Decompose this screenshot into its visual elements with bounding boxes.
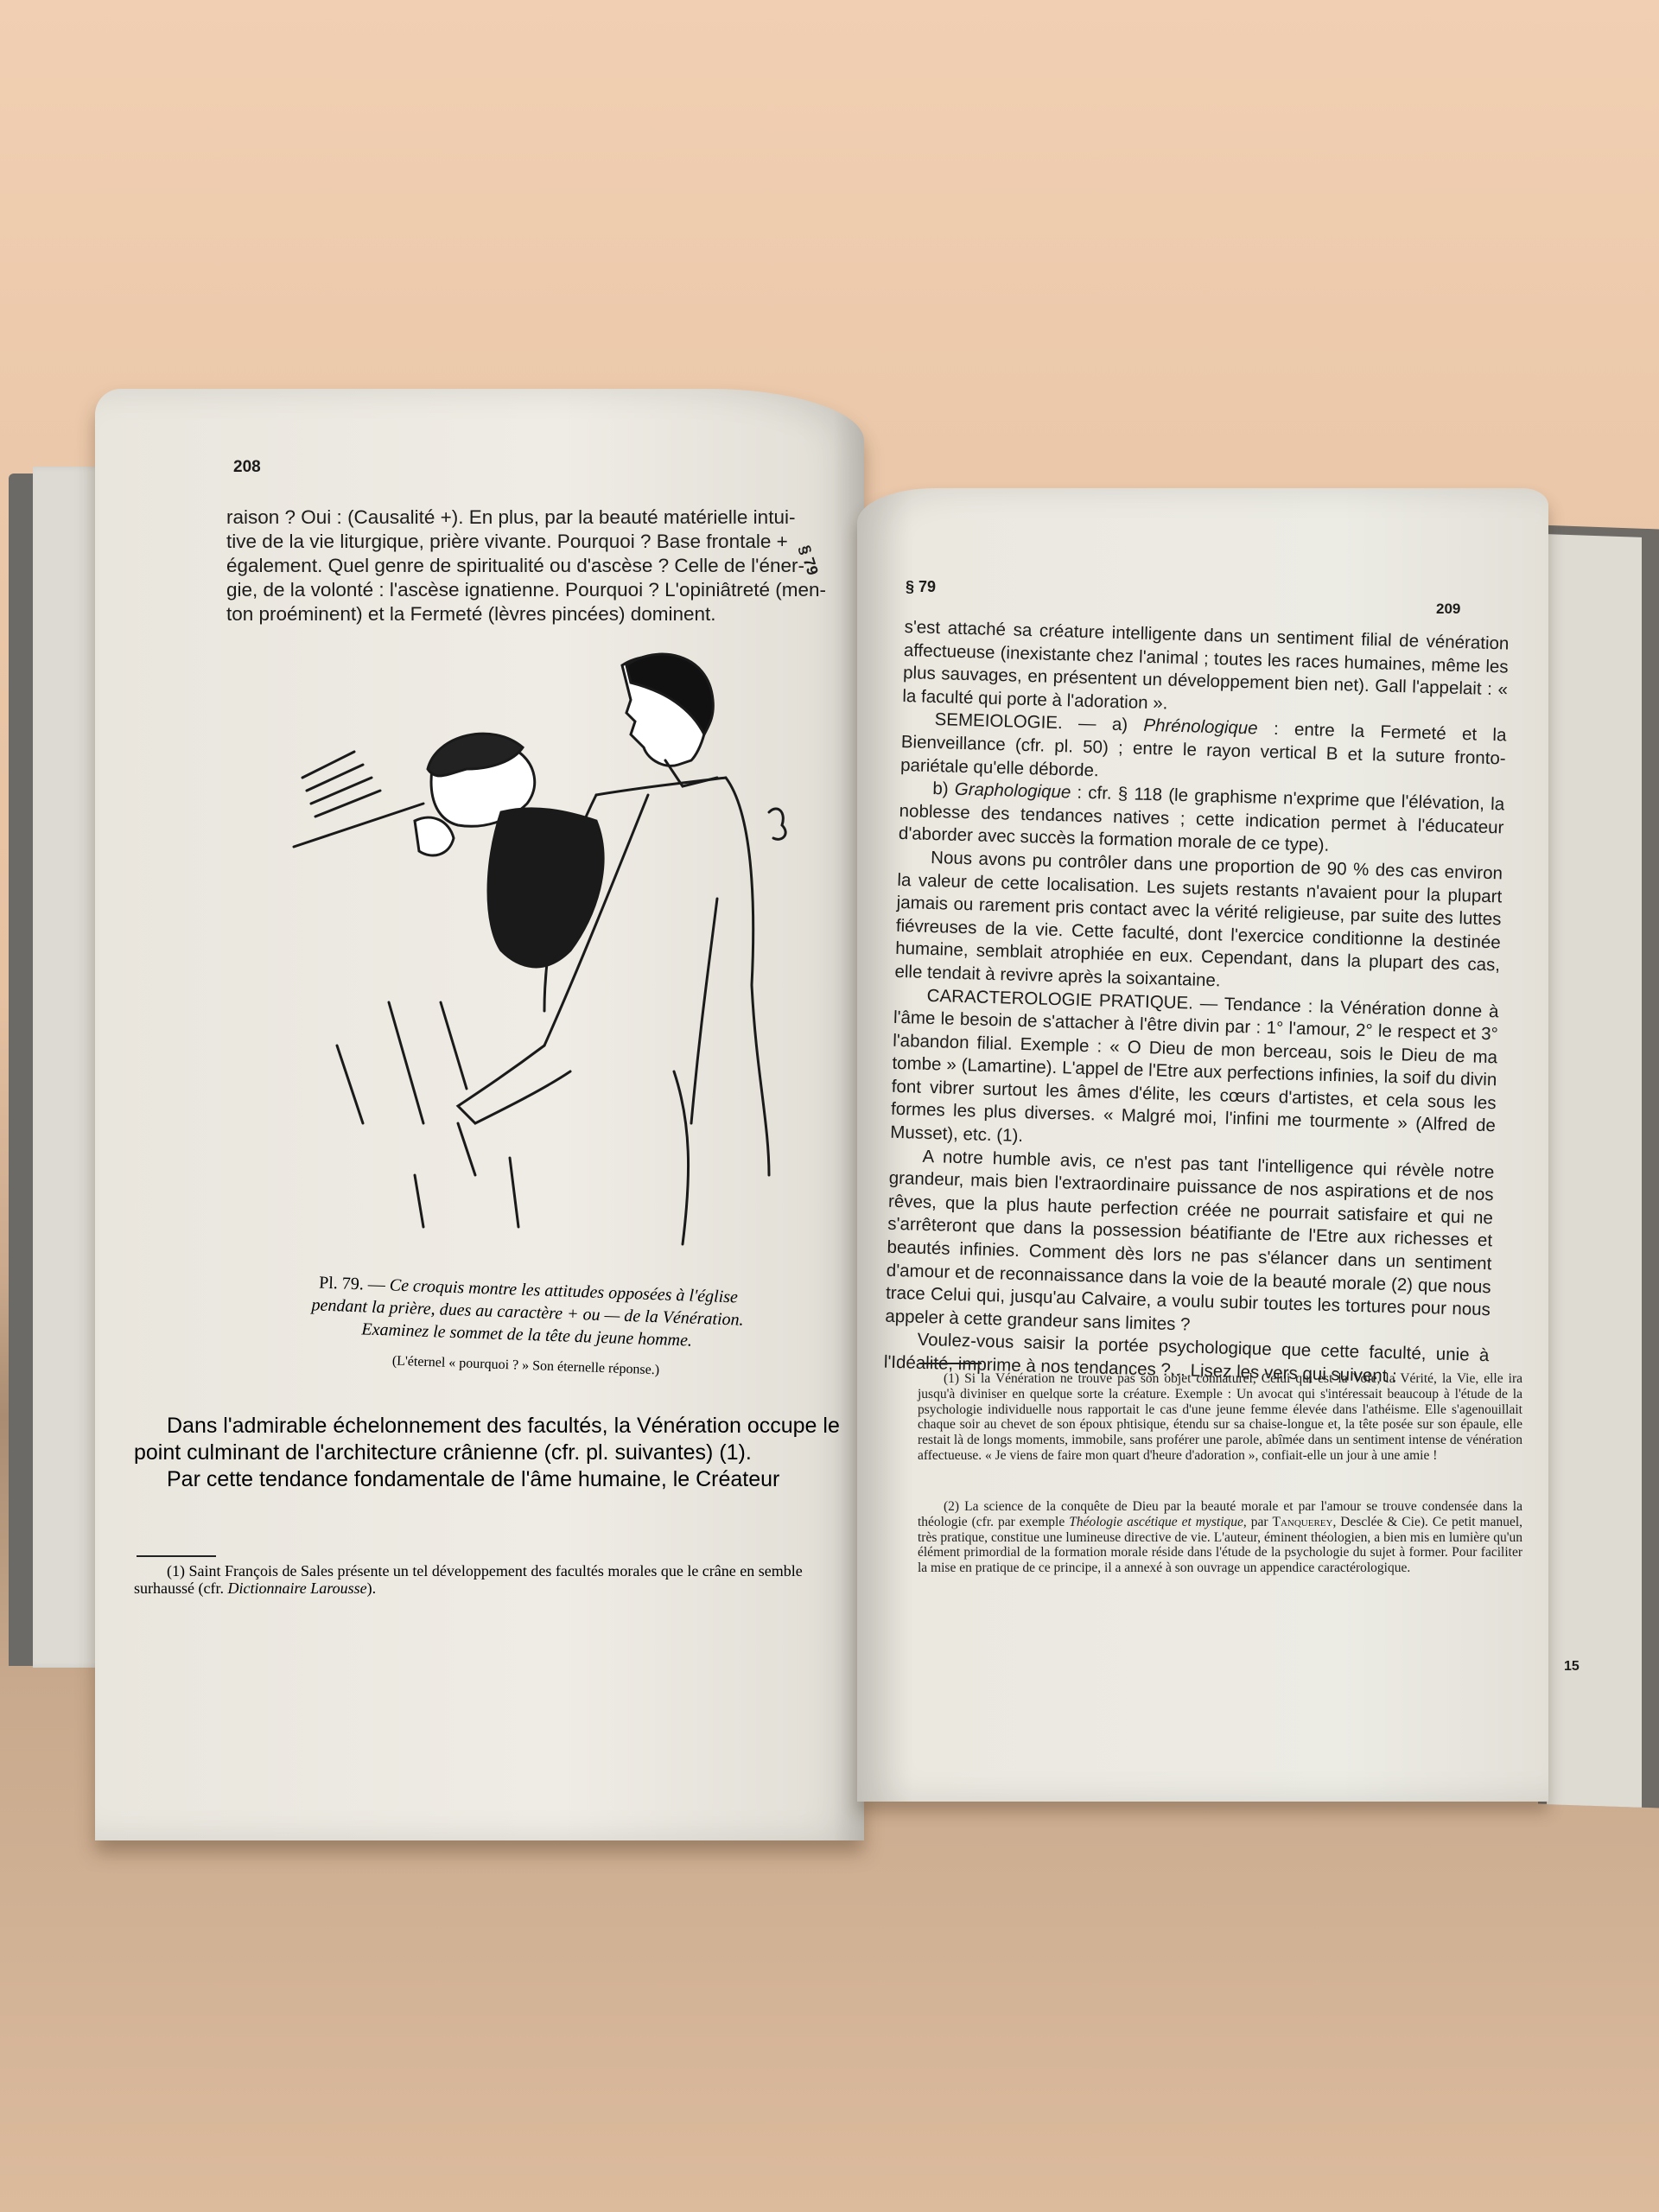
section-label: SEMEIOLOGIE. — a) (934, 709, 1143, 735)
paragraph: Nous avons pu contrôler dans une proport… (894, 846, 1503, 1001)
right-page: § 79 209 s'est attaché sa créature intel… (857, 488, 1548, 1802)
paragraph: Dans l'admirable échelonnement des facul… (134, 1413, 842, 1466)
page-number-right: 209 (1436, 601, 1460, 618)
footnote-rule-left (137, 1555, 216, 1557)
footnote-right-2: (2) La science de la conquête de Dieu pa… (918, 1499, 1522, 1576)
illustration-prayer-sketch-icon (285, 639, 804, 1262)
caracterologie-paragraph: CARACTEROLOGIE PRATIQUE. — Tendance : la… (890, 983, 1499, 1161)
section-italic: Phrénologique (1143, 715, 1258, 739)
paragraph: A notre humble avis, ce n'est pas tant l… (885, 1144, 1495, 1344)
intro-text: raison ? Oui : (Causalité +). En plus, p… (226, 505, 918, 626)
plate-number: Pl. 79. — (319, 1274, 385, 1295)
signature-mark: 15 (1564, 1659, 1580, 1675)
intro-line: ton proéminent) et la Fermeté (lèvres pi… (226, 602, 918, 626)
left-body-paragraphs: Dans l'admirable échelonnement des facul… (134, 1413, 842, 1493)
footnote-author: Tanquerey (1272, 1515, 1332, 1529)
page-stack-right (1547, 534, 1642, 1808)
footnote-left: (1) Saint François de Sales présente un … (134, 1562, 851, 1597)
footnote-italic: Théologie ascétique et mystique (1069, 1515, 1243, 1529)
section-italic: Graphologique (955, 779, 1071, 803)
margin-section-right: § 79 (906, 578, 936, 596)
intro-line: également. Quel genre de spiritualité ou… (226, 554, 918, 578)
footnote-right-1: (1) Si la Vénération ne trouve pas son o… (918, 1371, 1522, 1464)
intro-line: tive de la vie liturgique, prière vivant… (226, 530, 918, 554)
right-body: s'est attaché sa créature intelligente d… (883, 616, 1509, 1391)
footnote-text: , par (1243, 1515, 1273, 1529)
section-label: b) (932, 779, 955, 799)
paragraph: s'est attaché sa créature intelligente d… (902, 616, 1510, 725)
intro-line: gie, de la volonté : l'ascèse ignatienne… (226, 578, 918, 602)
footnote-text-end: ). (367, 1580, 377, 1597)
page-number-left: 208 (233, 458, 261, 477)
footnote-rule-right (919, 1363, 982, 1364)
paragraph: Par cette tendance fondamentale de l'âme… (134, 1466, 842, 1493)
intro-line: raison ? Oui : (Causalité +). En plus, p… (226, 505, 918, 530)
plate-caption: Pl. 79. — Ce croquis montre les attitude… (232, 1268, 823, 1388)
footnote-italic: Dictionnaire Larousse (227, 1580, 366, 1597)
